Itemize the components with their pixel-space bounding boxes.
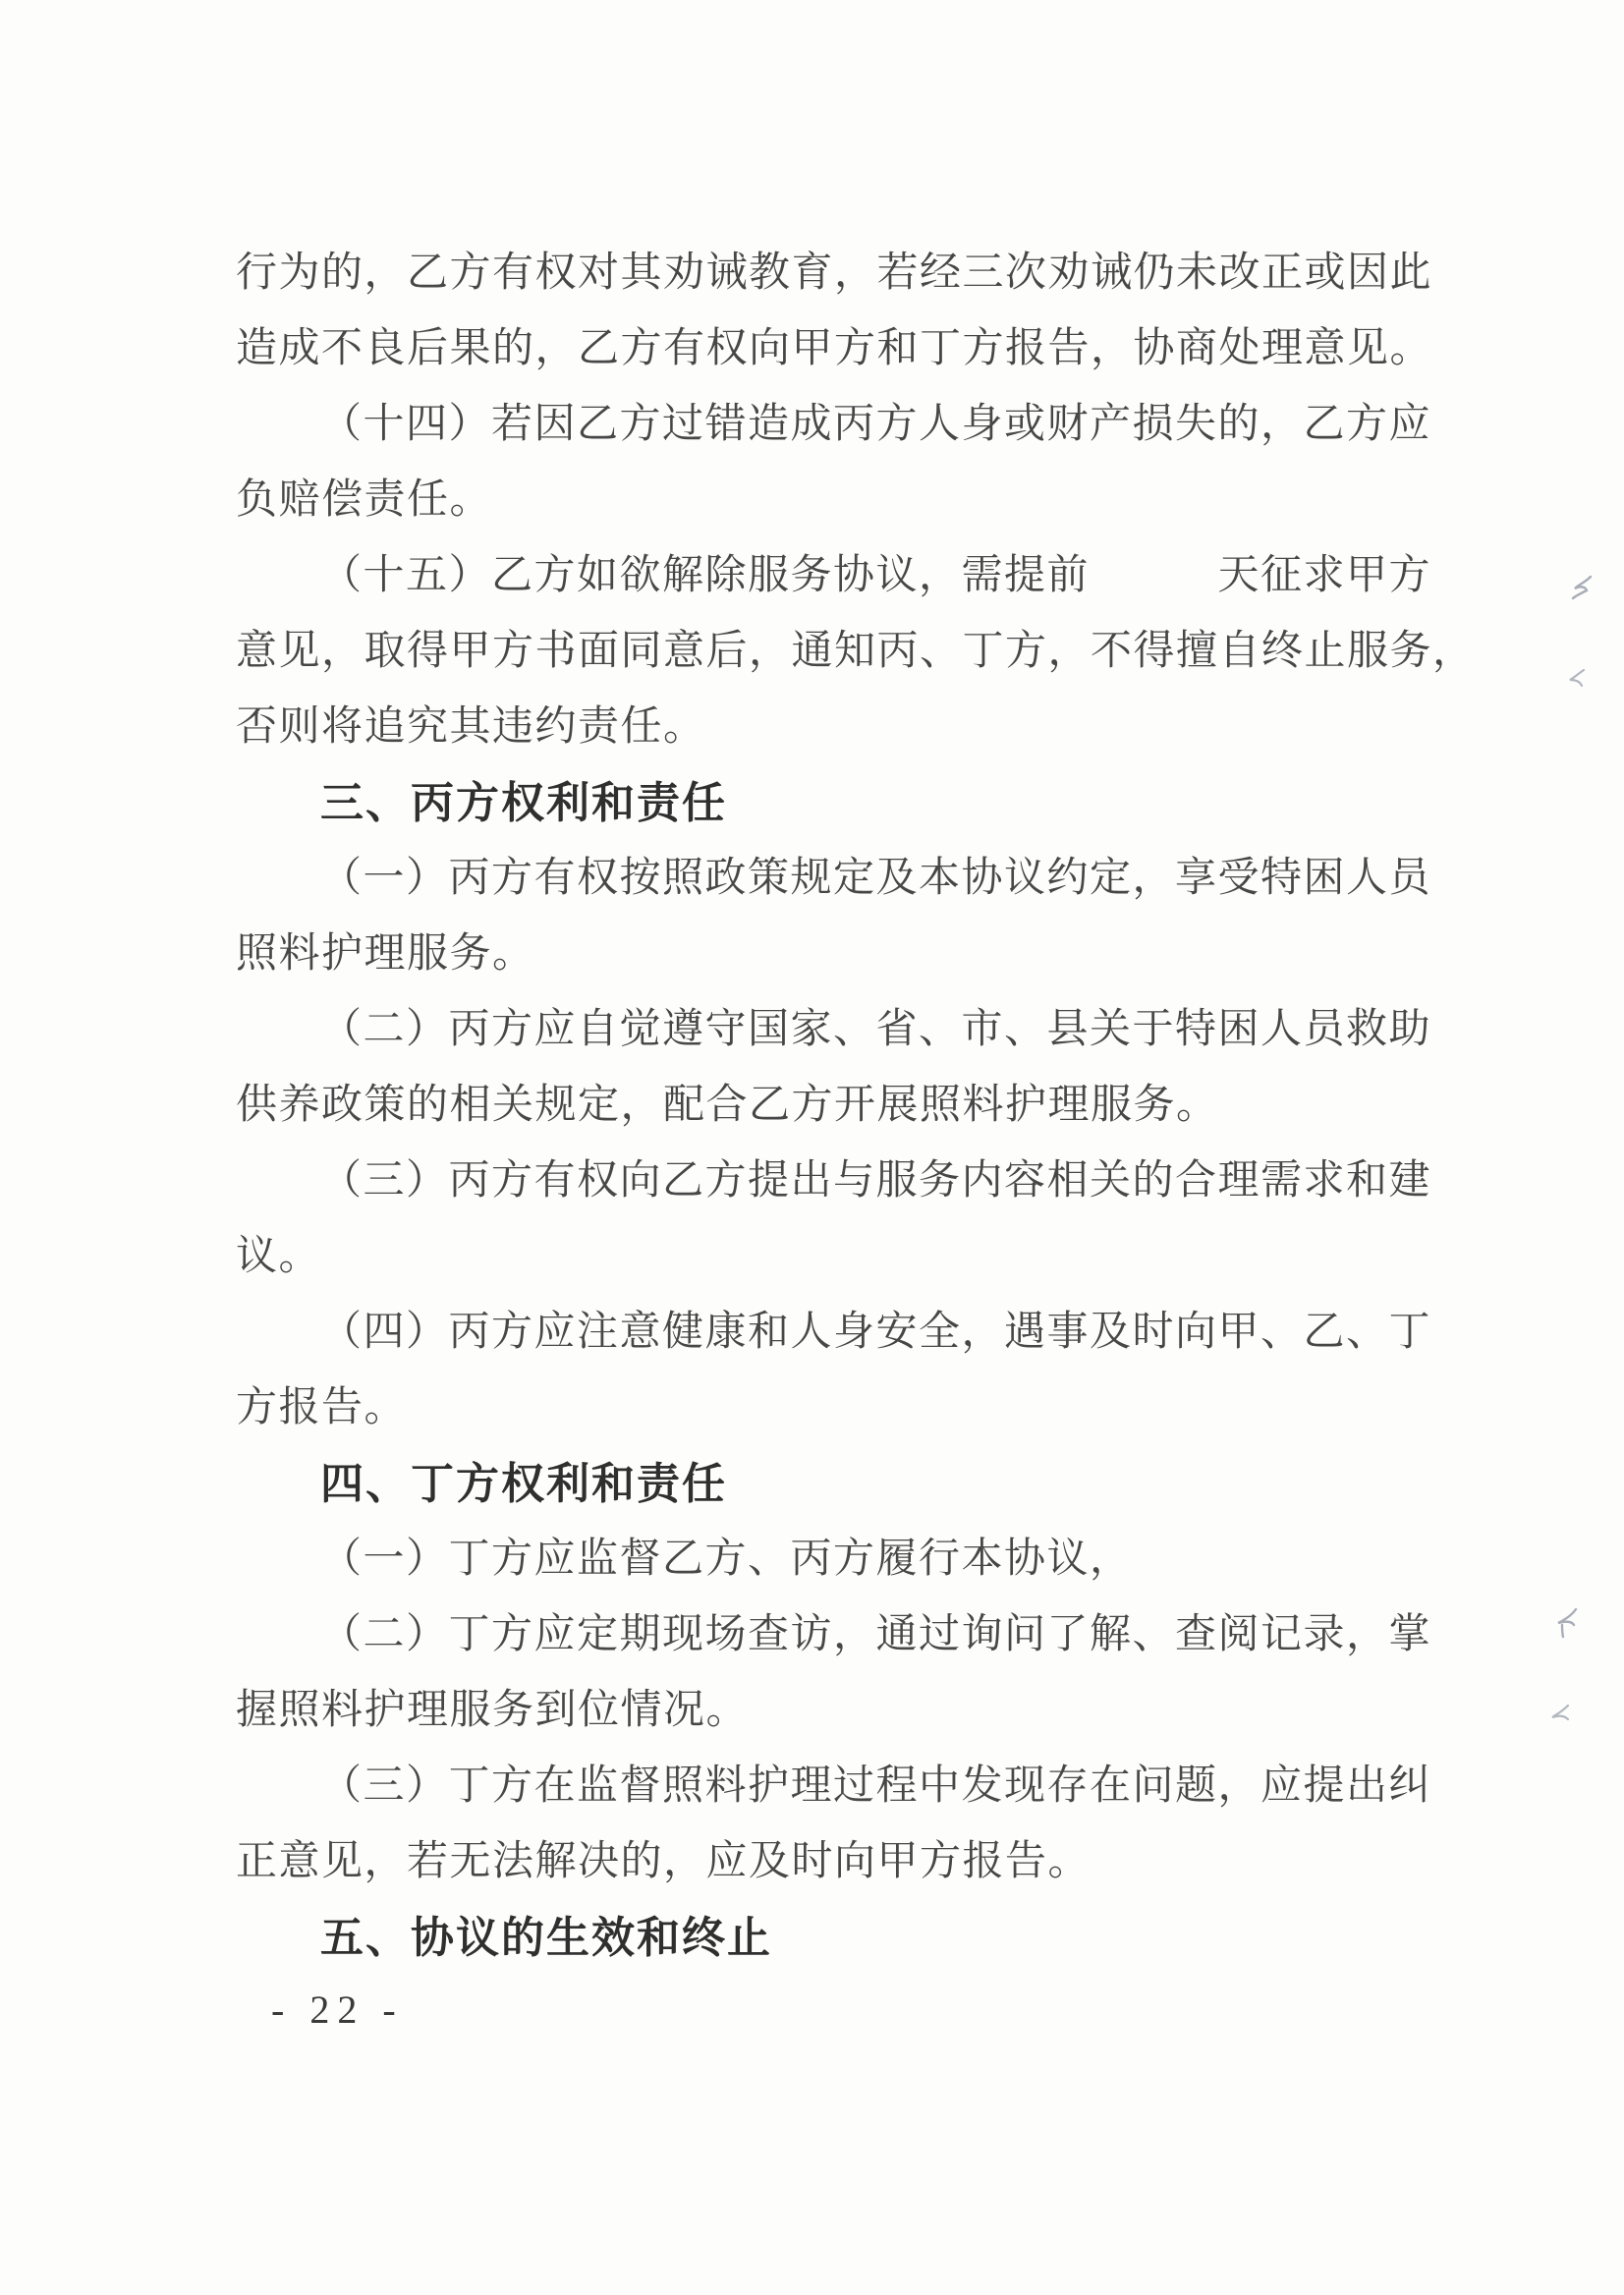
text-line: （三）丁方在监督照料护理过程中发现存在问题，应提出纠 — [236, 1749, 1420, 1824]
scanned-document-page: 行为的，乙方有权对其劝诫教育，若经三次劝诫仍未改正或因此 造成不良后果的，乙方有… — [0, 0, 1624, 2295]
text-line: 意见，取得甲方书面同意后，通知丙、丁方，不得擅自终止服务， — [236, 614, 1420, 690]
text-line: （一）丁方应监督乙方、丙方履行本协议， — [236, 1522, 1420, 1597]
text-line: （十四）若因乙方过错造成丙方人身或财产损失的，乙方应 — [236, 387, 1420, 463]
text-line: （二）丁方应定期现场查访，通过询问了解、查阅记录，掌 — [236, 1597, 1420, 1673]
document-body: 行为的，乙方有权对其劝诫教育，若经三次劝诫仍未改正或因此 造成不良后果的，乙方有… — [236, 236, 1420, 1976]
ink-smudge — [1564, 666, 1590, 692]
ink-smudge — [1550, 1605, 1582, 1639]
ink-smudge — [1565, 573, 1598, 606]
text-line: 照料护理服务。 — [236, 917, 1420, 992]
text-line: （三）丙方有权向乙方提出与服务内容相关的合理需求和建 — [236, 1144, 1420, 1219]
text-line: 议。 — [236, 1219, 1420, 1295]
text-line: （四）丙方应注意健康和人身安全，遇事及时向甲、乙、丁 — [236, 1295, 1420, 1371]
section-heading-effectiveness: 五、协议的生效和终止 — [236, 1900, 1420, 1976]
section-heading-party-c: 三、丙方权利和责任 — [236, 765, 1420, 841]
ink-smudge — [1546, 1702, 1574, 1727]
text-line: 负赔偿责任。 — [236, 463, 1420, 538]
text-line: （十五）乙方如欲解除服务协议，需提前 天征求甲方 — [236, 538, 1420, 614]
text-line: 行为的，乙方有权对其劝诫教育，若经三次劝诫仍未改正或因此 — [236, 236, 1420, 311]
text-line: 否则将追究其违约责任。 — [236, 690, 1420, 765]
text-line: 供养政策的相关规定，配合乙方开展照料护理服务。 — [236, 1068, 1420, 1144]
text-line: 握照料护理服务到位情况。 — [236, 1673, 1420, 1749]
text-line: 正意见，若无法解决的，应及时向甲方报告。 — [236, 1824, 1420, 1900]
text-line: （一）丙方有权按照政策规定及本协议约定，享受特困人员 — [236, 841, 1420, 917]
text-line: （二）丙方应自觉遵守国家、省、市、县关于特困人员救助 — [236, 992, 1420, 1068]
page-number: - 22 - — [271, 1987, 404, 2033]
section-heading-party-d: 四、丁方权利和责任 — [236, 1446, 1420, 1522]
text-line: 方报告。 — [236, 1371, 1420, 1446]
text-line: 造成不良后果的，乙方有权向甲方和丁方报告，协商处理意见。 — [236, 311, 1420, 387]
